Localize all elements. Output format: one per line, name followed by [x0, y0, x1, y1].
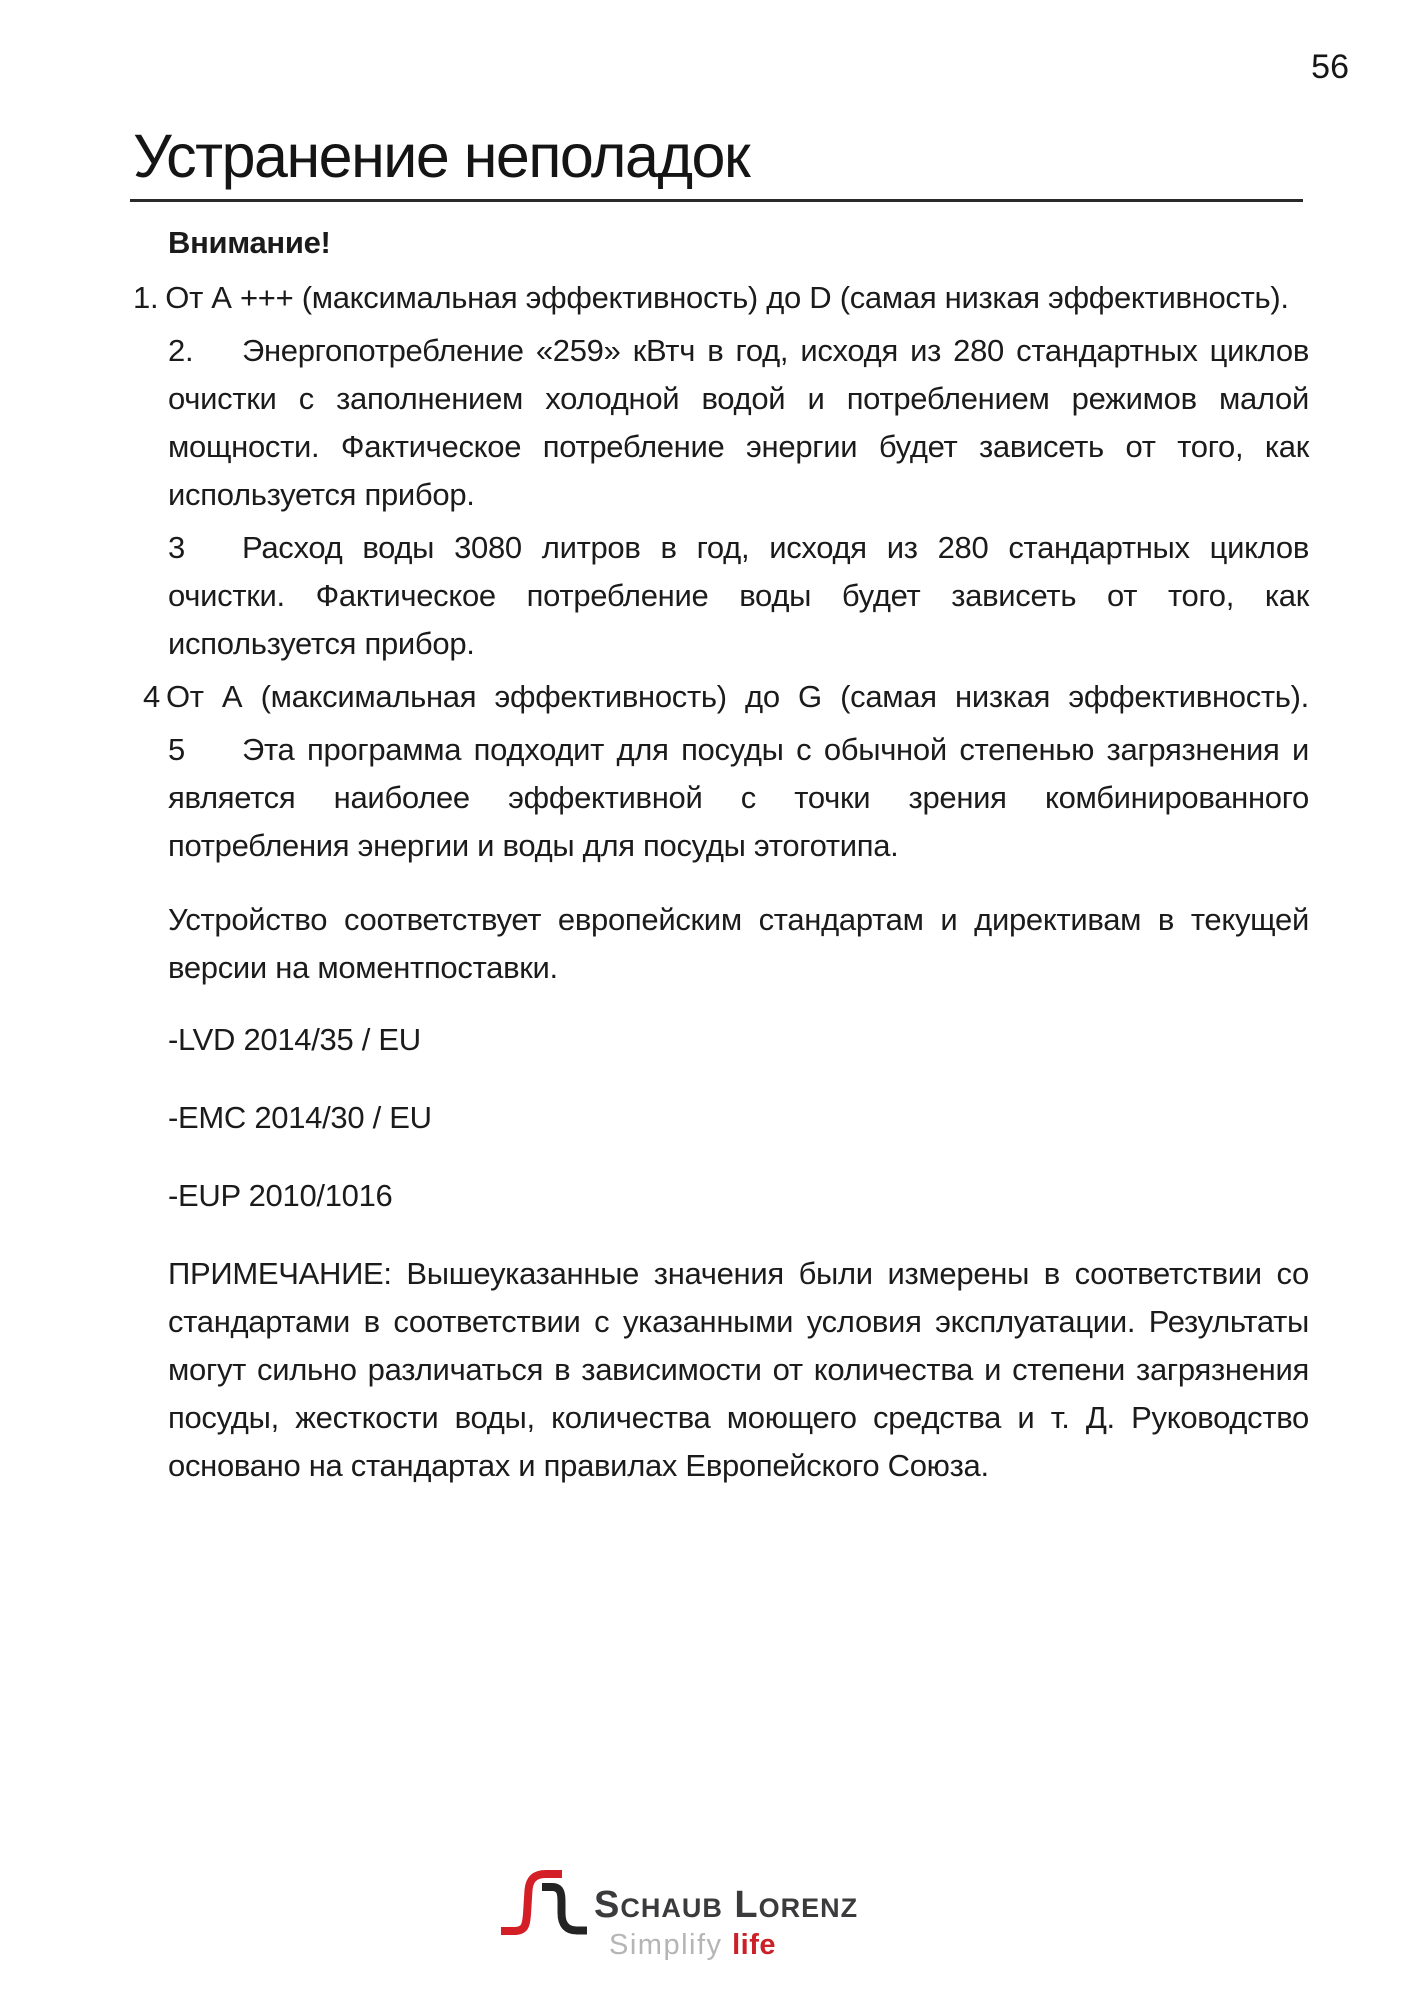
- directive-emc: -EMC 2014/30 / EU: [168, 1094, 1309, 1142]
- page-number: 56: [1311, 48, 1349, 87]
- page-title: Устранение неполадок: [130, 122, 1303, 202]
- list-item-number: 3: [168, 524, 242, 572]
- directive-eup: -EUP 2010/1016: [168, 1172, 1309, 1220]
- list-item-text: От А (максимальная эффективность) до G (…: [166, 679, 1309, 714]
- list-item: 5Эта программа подходит для посуды с обы…: [168, 726, 1309, 870]
- brand-name: Schaub Lorenz: [594, 1886, 858, 1924]
- list-item: 3Расход воды 3080 литров в год, исходя и…: [168, 524, 1309, 668]
- body-text: Внимание! 1.От А +++ (максимальная эффек…: [168, 219, 1309, 1490]
- list-item: 4От А (максимальная эффективность) до G …: [168, 673, 1309, 721]
- brand-tagline: Simplify life: [594, 1931, 858, 1960]
- footer-logo: Schaub Lorenz Simplify life: [499, 1863, 858, 1960]
- list-item-number: 4: [143, 679, 160, 714]
- list-item-text: От А +++ (максимальная эффективность) до…: [165, 280, 1288, 315]
- list-item-number: 1.: [133, 280, 158, 315]
- list-item: 2.Энергопотребление «259» кВтч в год, ис…: [168, 327, 1309, 519]
- tagline-accent: life: [732, 1929, 776, 1961]
- directive-lvd: -LVD 2014/35 / EU: [168, 1016, 1309, 1064]
- list-item-number: 2.: [168, 327, 242, 375]
- note-paragraph: ПРИМЕЧАНИЕ: Вышеуказанные значения были …: [168, 1250, 1309, 1490]
- tagline-word: Simplify: [609, 1929, 723, 1961]
- list-item: 1.От А +++ (максимальная эффективность) …: [168, 274, 1309, 322]
- compliance-paragraph: Устройство соответствует европейским ста…: [168, 896, 1309, 992]
- list-item-text: Эта программа подходит для посуды с обыч…: [168, 732, 1309, 863]
- list-item-number: 5: [168, 726, 242, 774]
- list-item-text: Расход воды 3080 литров в год, исходя из…: [168, 530, 1309, 661]
- page-header: Устранение неполадок: [130, 122, 1303, 202]
- schaub-lorenz-logo-icon: [499, 1863, 589, 1941]
- manual-page: 56 Устранение неполадок Внимание! 1.От А…: [0, 0, 1409, 2000]
- logo-text-block: Schaub Lorenz Simplify life: [594, 1863, 858, 1960]
- list-item-text: Энергопотребление «259» кВтч в год, исхо…: [168, 333, 1309, 512]
- attention-heading: Внимание!: [168, 219, 1309, 267]
